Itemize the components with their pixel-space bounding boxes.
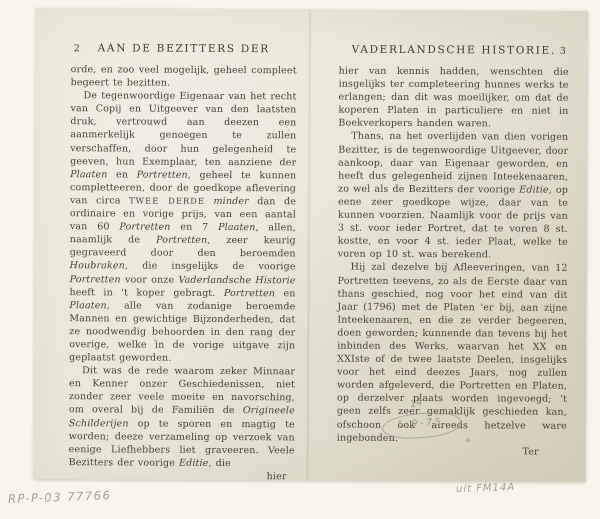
text-run: en 7 <box>170 222 218 233</box>
paragraph: hier van kennis hadden, wenschten die in… <box>338 65 568 132</box>
paragraph: Dit was de rede waarom zeker Minnaar en … <box>69 364 296 470</box>
right-page-number: 3 <box>560 46 566 57</box>
text-run: , op eene zeer goedkope wijze, daar van … <box>338 185 568 261</box>
inventory-number-annotation: RP-P-03 77766 <box>8 488 112 506</box>
text-run: heeft in 't koper gebragt. <box>69 287 223 299</box>
pencil-date-annotation: 5-9-75 <box>382 413 462 438</box>
text-run: orde, en zoo veel mogelijk, geheel compl… <box>71 64 297 89</box>
text-run: hier van kennis hadden, wenschten die in… <box>338 66 568 130</box>
text-run: Houbraken <box>70 261 125 272</box>
text-run: Portretten <box>156 235 207 246</box>
right-page: VADERLANDSCHE HISTORIE. 3 hier van kenni… <box>337 44 569 459</box>
text-run: en <box>275 288 296 299</box>
text-run: Portretten <box>70 274 121 285</box>
book-page-spread: 2 AAN DE BEZITTERS DER orde, en zoo veel… <box>34 8 588 482</box>
left-page-number: 2 <box>74 43 80 54</box>
text-run: De tegenwoordige Eigenaar van het recht … <box>70 90 296 168</box>
left-body-text: orde, en zoo veel mogelijk, geheel compl… <box>69 63 297 483</box>
right-running-head: VADERLANDSCHE HISTORIE. 3 <box>339 44 569 57</box>
catchword: hier <box>69 469 295 483</box>
text-run: Plaaten <box>69 300 106 311</box>
text-run: voor onze <box>121 274 179 285</box>
paragraph: orde, en zoo veel mogelijk, geheel compl… <box>71 63 297 90</box>
paragraph: De tegenwoordige Eigenaar van het recht … <box>69 89 296 365</box>
paragraph: Thans, na het overlijden van dien vorige… <box>338 130 569 262</box>
right-running-head-text: VADERLANDSCHE HISTORIE. <box>352 44 556 57</box>
center-fold <box>306 9 312 480</box>
catchword: Ter <box>337 444 567 458</box>
text-run: Portretten <box>119 222 170 233</box>
text-run: Portretten <box>224 288 275 299</box>
text-run: minder <box>213 196 248 207</box>
left-running-head: 2 AAN DE BEZITTERS DER <box>71 42 297 55</box>
text-run: Plaaten <box>218 222 255 233</box>
text-run: en <box>107 169 136 180</box>
text-run: , die insgelijks de voorige <box>125 261 296 273</box>
reference-note-annotation: uit FM14A <box>456 482 516 495</box>
text-run: TWEE DERDE <box>129 195 205 205</box>
text-run <box>205 196 213 207</box>
text-run: Editie <box>179 458 208 469</box>
right-body-text: hier van kennis hadden, wenschten die in… <box>337 65 569 459</box>
text-run: Plaaten <box>70 169 107 180</box>
text-run: Vaderlandsche Historie <box>178 274 295 286</box>
text-run: Editie <box>519 184 548 195</box>
text-run: Portretten <box>137 169 188 180</box>
text-run: , die <box>208 458 230 469</box>
left-running-head-text: AAN DE BEZITTERS DER <box>98 42 270 55</box>
left-page: 2 AAN DE BEZITTERS DER orde, en zoo veel… <box>69 42 297 483</box>
